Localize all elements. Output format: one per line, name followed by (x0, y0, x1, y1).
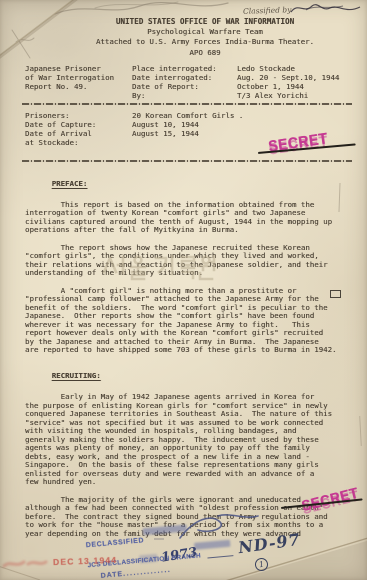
recruiting-heading: RECRUITING: (25, 364, 349, 390)
preface-paragraph: This report is based on the information … (25, 201, 349, 235)
prisoner-labels: Prisoners: Date of Capture: Date of Arri… (25, 111, 96, 147)
divider-line (22, 103, 352, 105)
date-leader-dots: .............. (123, 567, 172, 578)
document-page: Classified by UNITED STATES OFFICE OF WA… (0, 0, 367, 580)
signature-scribble (288, 0, 363, 20)
classified-by-note: Classified by (243, 5, 292, 16)
report-body: PREFACE: This report is based on the inf… (25, 171, 349, 538)
ink-scribble-bottom (150, 510, 270, 550)
red-ink-smudge (0, 552, 50, 580)
divider-line (22, 160, 352, 162)
preface-heading: PREFACE: (25, 171, 349, 197)
preface-paragraph: A "comfort girl" is nothing more than a … (25, 287, 349, 355)
date-label: DATE (100, 571, 123, 580)
margin-check-square (330, 290, 341, 298)
date-trailing-dash (207, 555, 233, 559)
seoul-archives-watermark (102, 255, 270, 283)
margin-mark (359, 416, 362, 446)
prisoner-values: 20 Korean Comfort Girls . August 10, 194… (132, 111, 243, 138)
stamp-smudge (139, 554, 158, 564)
recruiting-paragraph: Early in May of 1942 Japanese agents arr… (25, 393, 349, 487)
